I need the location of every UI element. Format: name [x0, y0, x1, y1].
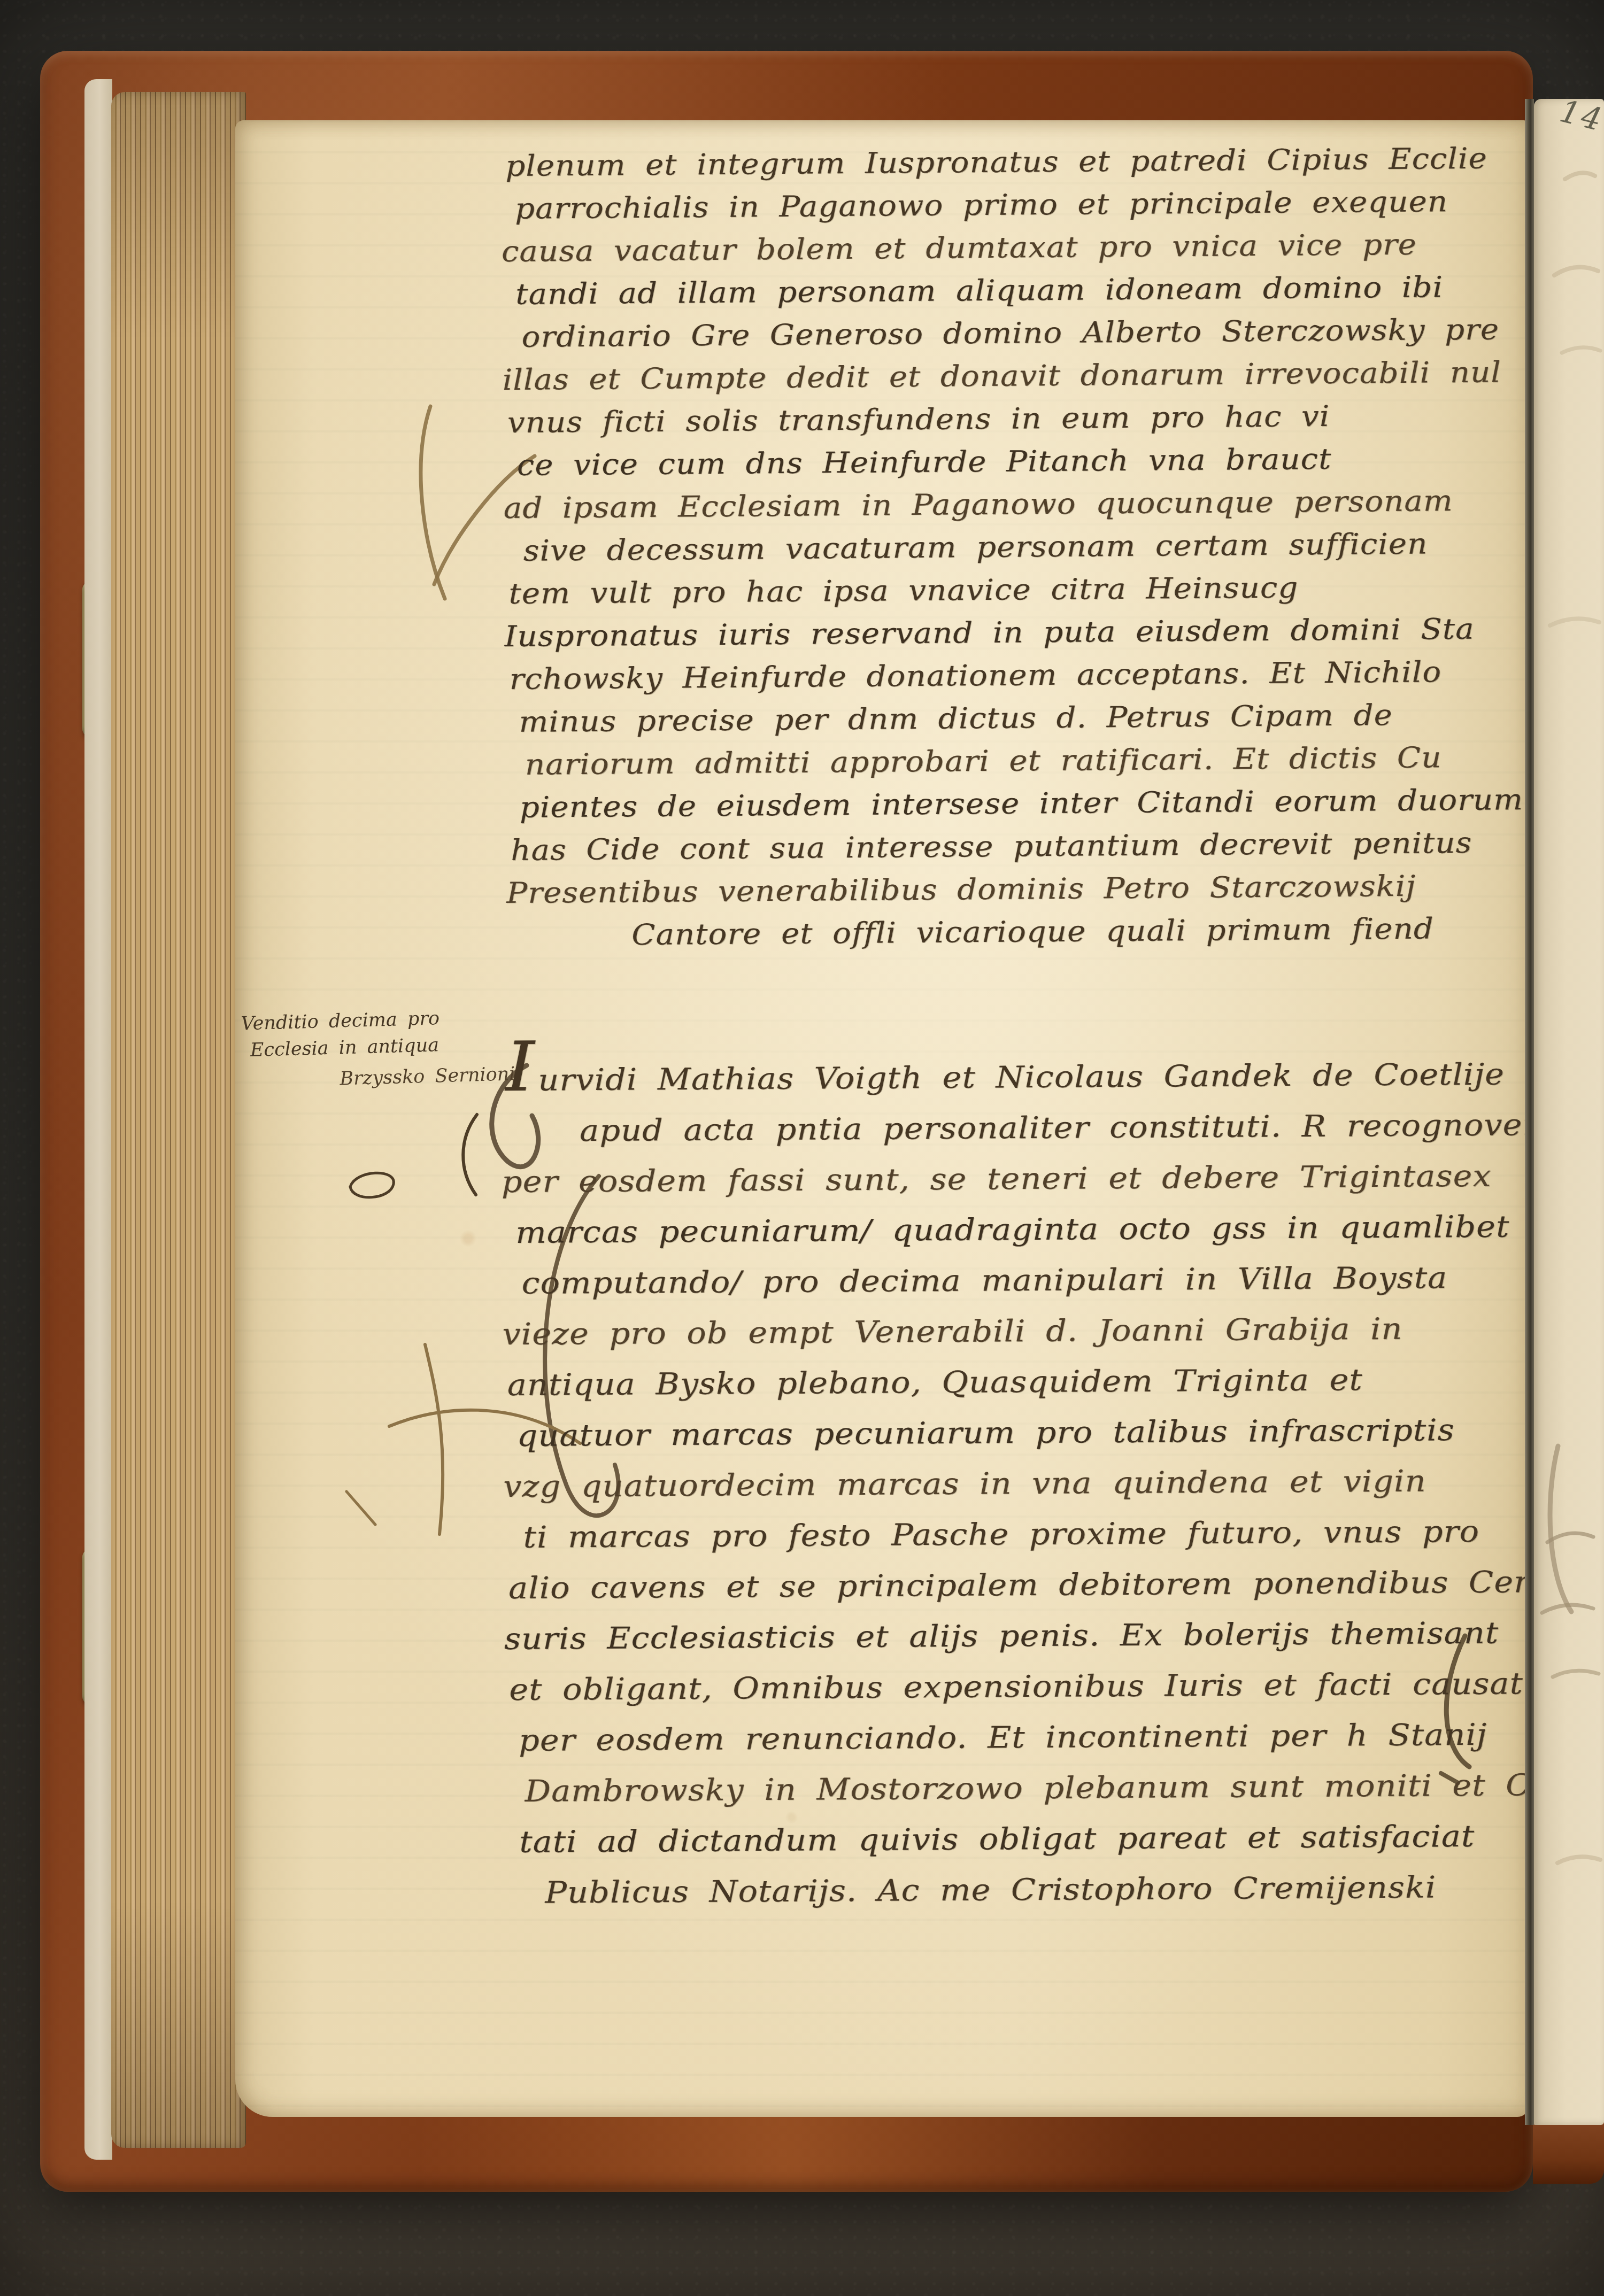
manuscript-line: vieze pro ob empt Venerabili d. Joanni G… [502, 1302, 1604, 1360]
manuscript-line: plenum et integrum Iuspronatus et patred… [505, 137, 1518, 188]
marginal-note-line: Brzyssko Sernioni [340, 1060, 531, 1092]
manuscript-line: Presentibus venerabilibus dominis Petro … [506, 864, 1524, 915]
manuscript-line: causa vacatur bolem et dumtaxat pro vnic… [502, 222, 1520, 273]
photo-backdrop: plenum et integrum Iuspronatus et patred… [0, 0, 1604, 2296]
manuscript-line: vzg quatuordecim marcas in vna quindena … [503, 1455, 1604, 1512]
manuscript-line: marcas pecuniarum/ quadraginta octo gss … [515, 1201, 1604, 1258]
note-brace [463, 1115, 477, 1195]
endpaper-strip [84, 79, 112, 2160]
manuscript-line: suris Ecclesiasticis et alijs penis. Ex … [504, 1607, 1604, 1665]
paragraph-2: Iurvidi Mathias Voigth et Nicolaus Gande… [505, 1045, 1604, 1919]
manuscript-line: Dambrowsky in Mostorzowo plebanum sunt m… [525, 1759, 1604, 1817]
manuscript-line: ce vice cum dns Heinfurde Pitanch vna br… [517, 436, 1521, 487]
cross-vertical [425, 1344, 443, 1534]
manuscript-line: tem vult pro hac ipsa vnavice citra Hein… [508, 565, 1522, 615]
manuscript-line: ti marcas pro festo Pasche proxime futur… [523, 1505, 1604, 1563]
next-page-sliver: 147 [1534, 99, 1604, 2125]
ghost-stroke [1554, 267, 1598, 275]
manuscript-line: apud acta pntia personaliter constituti.… [580, 1099, 1604, 1156]
manuscript-line: nariorum admitti approbari et ratificari… [525, 736, 1523, 786]
manuscript-line: antiqua Bysko plebano, Quasquidem Trigin… [507, 1353, 1604, 1411]
manuscript-line: rchowsky Heinfurde donationem acceptans.… [510, 650, 1523, 701]
ghost-stroke [1550, 619, 1599, 625]
ghost-stroke [1562, 347, 1600, 353]
ghost-text-strokes [1534, 99, 1604, 2125]
page-stack-edges [111, 92, 246, 2148]
manuscript-page: plenum et integrum Iuspronatus et patred… [235, 120, 1529, 2117]
manuscript-line: Publicus Notarijs. Ac me Cristophoro Cre… [545, 1861, 1604, 1919]
manuscript-line: minus precise per dnm dictus d. Petrus C… [519, 693, 1523, 744]
cross-tick [346, 1491, 375, 1525]
manuscript-line: parrochialis in Paganowo primo et princi… [515, 180, 1519, 230]
ghost-note-flourish [1550, 1446, 1571, 1612]
flourish-f-stroke [421, 406, 445, 599]
manuscript-line: Iurvidi Mathias Voigth et Nicolaus Gande… [505, 1045, 1604, 1106]
manuscript-line: ad ipsam Ecclesiam in Paganowo quocunque… [503, 479, 1521, 530]
manuscript-line: vnus ficti solis transfundens in eum pro… [507, 393, 1521, 444]
manuscript-line: tandi ad illam personam aliquam idoneam … [515, 265, 1520, 316]
manuscript-line: illas et Cumpte dedit et donavit donarum… [503, 351, 1521, 401]
ghost-note-stroke [1547, 1533, 1593, 1542]
paragraph-1: plenum et integrum Iuspronatus et patred… [505, 137, 1524, 957]
manuscript-line: alio cavens et se principalem debitorem … [508, 1556, 1604, 1614]
manuscript-line: Iuspronatus iuris reservand in puta eius… [504, 607, 1522, 658]
manuscript-line: per eosdem fassi sunt, se teneri et debe… [502, 1150, 1604, 1208]
ghost-stroke [1565, 173, 1595, 179]
manuscript-line: ordinario Gre Generoso domino Alberto St… [521, 308, 1520, 359]
marginal-note: Venditio decima proEcclesia in antiquaBr… [241, 1002, 531, 1095]
manuscript-line: sive decessum vacaturam personam certam … [523, 522, 1521, 573]
note-doodle-circle [350, 1173, 394, 1197]
manuscript-line: et obligant, Omnibus expensionibus Iuris… [509, 1658, 1604, 1715]
ghost-stroke [1557, 1857, 1600, 1863]
manuscript-line: pientes de eiusdem intersese inter Citan… [520, 778, 1524, 829]
gutter-shadow [1525, 99, 1534, 2125]
manuscript-line: per eosdem renunciando. Et incontinenti … [519, 1709, 1604, 1766]
manuscript-line: computando/ pro decima manipulari in Vil… [521, 1251, 1604, 1309]
manuscript-line: tati ad dictandum quivis obligat pareat … [519, 1810, 1604, 1868]
manuscript-line: has Cide cont sua interesse putantium de… [511, 821, 1524, 872]
manuscript-line: quatuor marcas pecuniarum pro talibus in… [516, 1404, 1604, 1462]
ghost-note-stroke [1553, 1671, 1599, 1677]
manuscript-line: Cantore et offli vicarioque quali primum… [631, 907, 1524, 956]
